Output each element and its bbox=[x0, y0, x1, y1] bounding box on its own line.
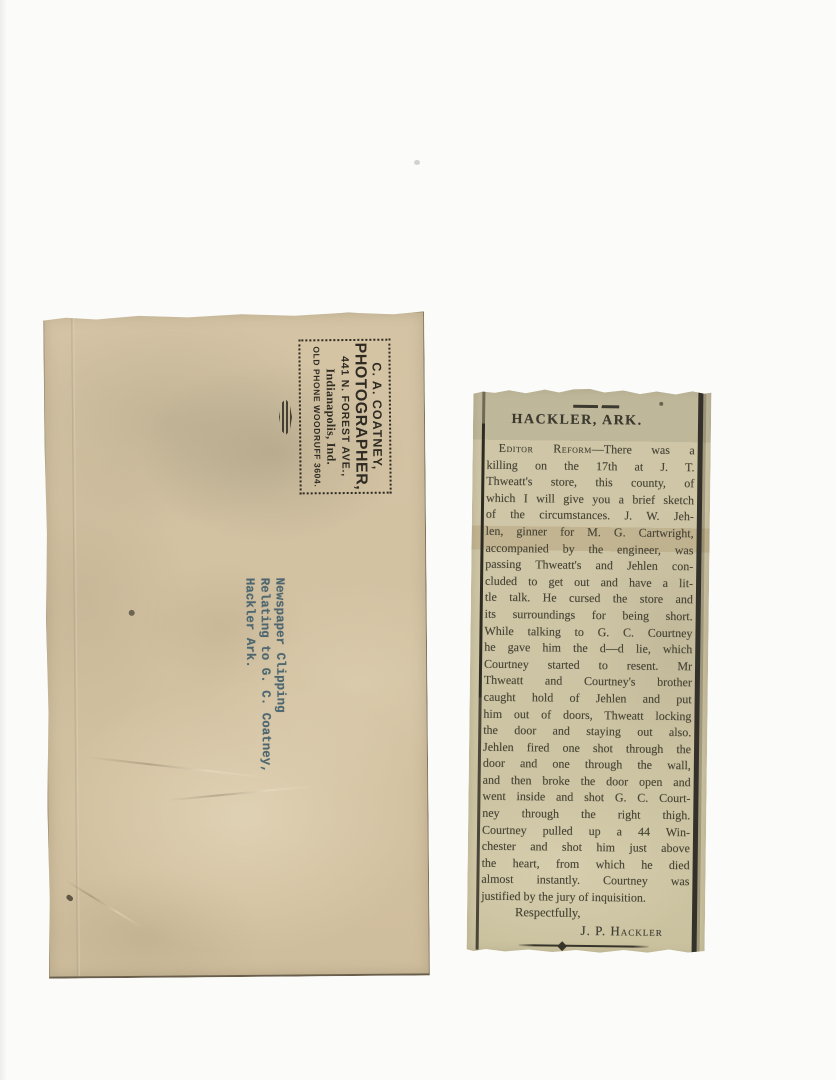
headline-divider bbox=[573, 405, 619, 408]
end-divider bbox=[519, 944, 649, 948]
clipping-body: Editor Reform—There was a killing on the… bbox=[481, 440, 695, 907]
dust-speck bbox=[129, 610, 135, 616]
clipping-signature: J. P. Hackler bbox=[481, 922, 689, 941]
typed-line: Hackler Ark. bbox=[241, 578, 258, 785]
envelope-crease bbox=[89, 756, 268, 778]
clipping-closing: Respectfully, bbox=[481, 905, 689, 923]
stamp-line: PHOTOGRAPHER, bbox=[350, 341, 369, 492]
clipping-line: ney through the right thigh. bbox=[482, 805, 690, 824]
envelope-fold-line bbox=[71, 315, 80, 976]
clipping-line: the door and staying out also. bbox=[483, 722, 691, 741]
clipping-line: len, ginner for M. G. Cartwright, bbox=[486, 523, 694, 542]
scanned-photo: C. A. COATNEY,PHOTOGRAPHER,441 N. FOREST… bbox=[0, 0, 836, 1080]
envelope-crease bbox=[169, 785, 319, 801]
clipping-line: Editor Reform—There was a bbox=[487, 440, 695, 459]
newspaper-clipping: HACKLER, ARK. Editor Reform—There was a … bbox=[467, 388, 712, 955]
typed-line: Newspaper Clipping bbox=[271, 578, 288, 785]
stamp-line: 441 N. FOREST AVE., bbox=[337, 341, 351, 492]
stamp-line: C. A. COATNEY, bbox=[368, 341, 384, 492]
clipping-line: justified by the jury of inquisition. bbox=[481, 888, 689, 907]
clipping-headline: HACKLER, ARK. bbox=[473, 412, 681, 431]
printer-ornament-icon bbox=[279, 399, 292, 435]
clipping-lead-rest: —There was a bbox=[592, 442, 695, 457]
photographer-stamp-box: C. A. COATNEY,PHOTOGRAPHER,441 N. FOREST… bbox=[298, 339, 391, 495]
stamp-line: Indianapolis, Ind. bbox=[322, 341, 338, 492]
photographer-stamp: C. A. COATNEY,PHOTOGRAPHER,441 N. FOREST… bbox=[278, 339, 391, 495]
dust-speck bbox=[659, 402, 663, 406]
dust-speck bbox=[414, 160, 420, 165]
diamond-ornament-icon bbox=[557, 941, 567, 951]
dust-speck bbox=[65, 894, 74, 902]
clipping-line: its surroundings for being short. bbox=[485, 606, 693, 625]
envelope: C. A. COATNEY,PHOTOGRAPHER,441 N. FOREST… bbox=[43, 311, 430, 978]
typed-line: Relating to G. C. Coatney, bbox=[256, 578, 273, 785]
stamp-line: OLD PHONE WOODRUFF 3604. bbox=[310, 341, 323, 492]
clipping-lead-in: Editor Reform bbox=[499, 441, 592, 456]
clipping-line: caught hold of Jehlen and put bbox=[484, 689, 692, 708]
typed-annotation: Newspaper ClippingRelating to G. C. Coat… bbox=[241, 578, 288, 785]
